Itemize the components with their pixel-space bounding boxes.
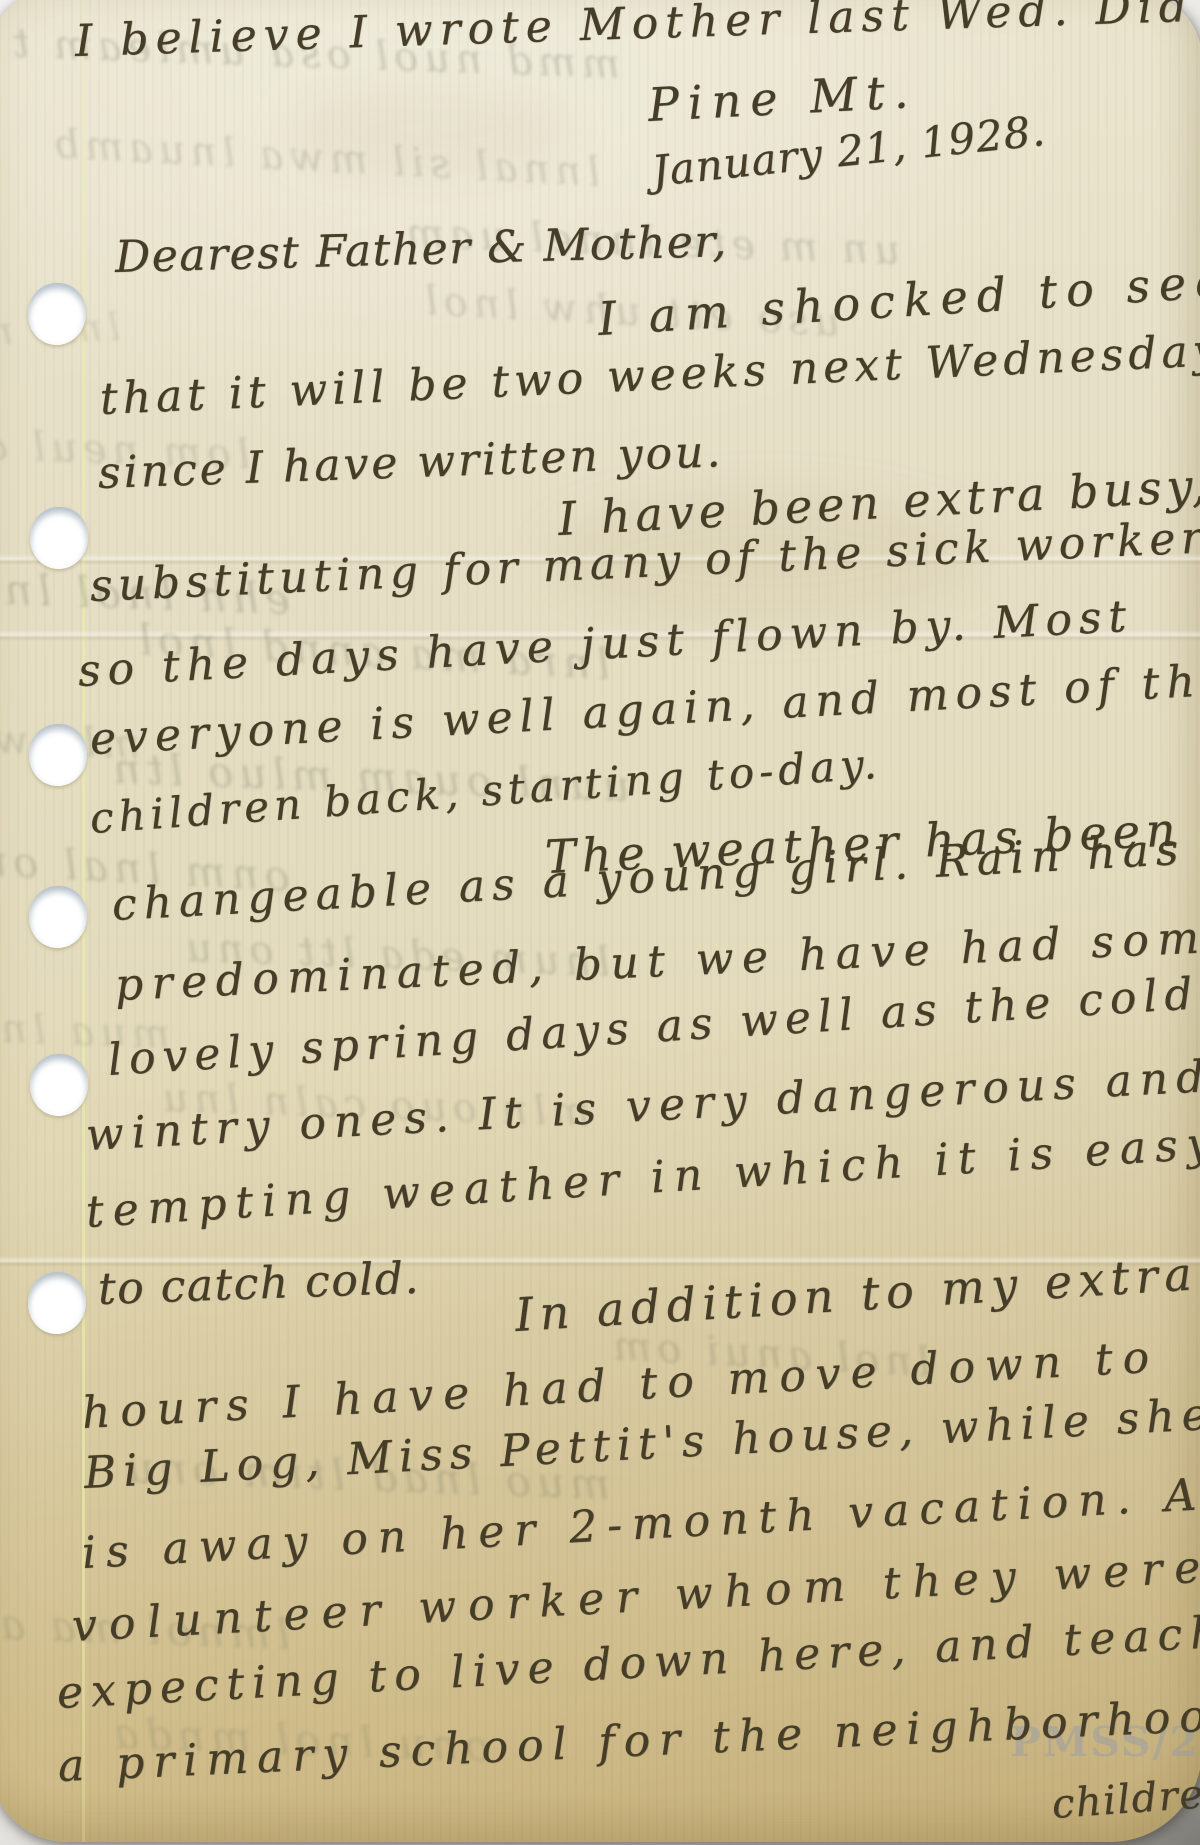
punch-hole: [29, 724, 87, 786]
punch-hole: [29, 886, 87, 948]
paper-stain: [290, 82, 570, 177]
punch-hole: [30, 507, 88, 569]
punch-hole: [30, 1054, 88, 1116]
punch-hole: [28, 1272, 86, 1334]
letter-page: mmd nuol osa umleam t amillnnal sil mwa …: [0, 0, 1200, 1842]
punch-hole: [28, 283, 86, 345]
scanned-letter-page: { "letter": { "heading_note": "I believe…: [0, 0, 1200, 1845]
